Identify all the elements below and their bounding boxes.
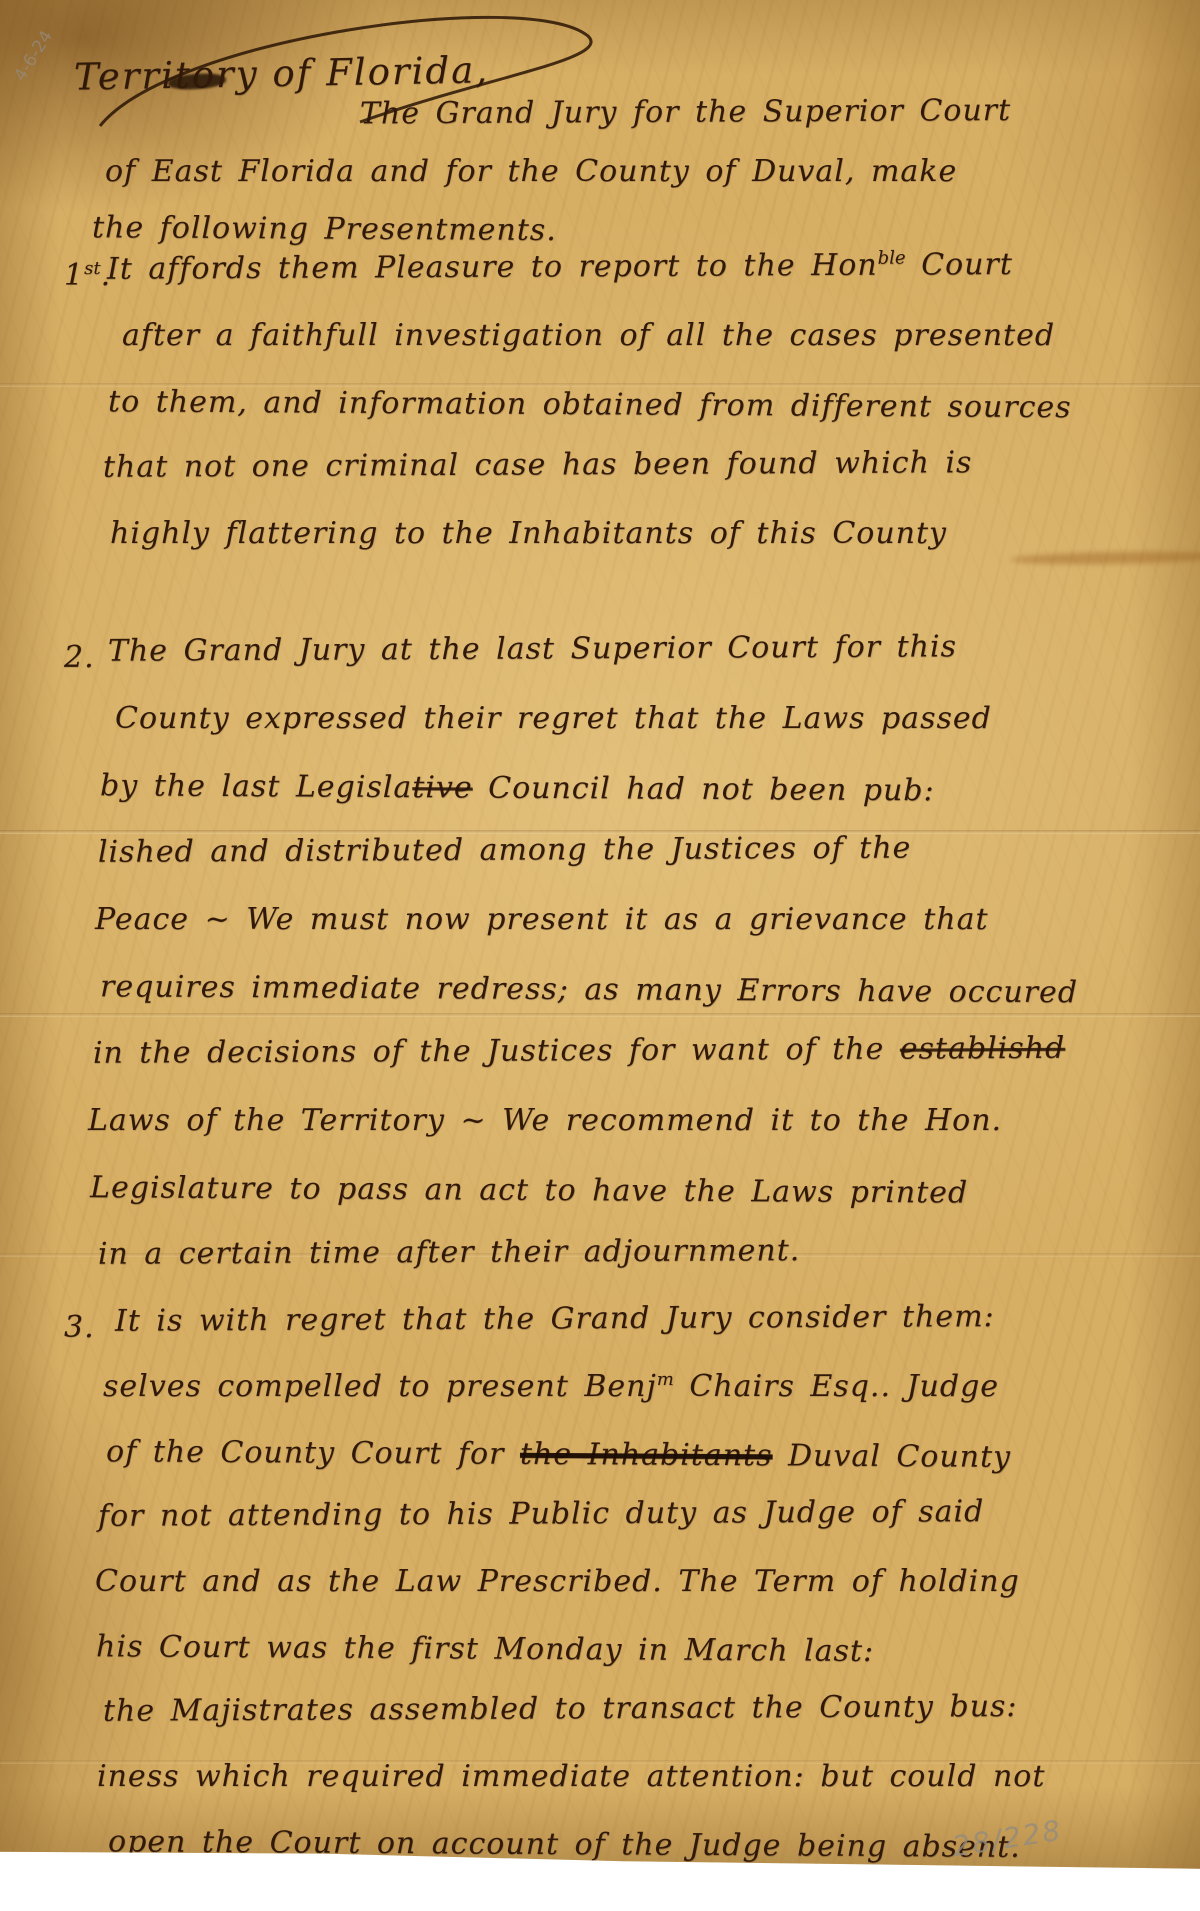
struck-text: establishd xyxy=(900,1031,1066,1067)
manuscript-line: in the decisions of the Justices for wan… xyxy=(62,1030,1190,1103)
presentment-item-1: 1st. It affords them Pleasure to report … xyxy=(62,252,1190,582)
text-segment: highly flattering to the Inhabitants of … xyxy=(110,516,947,551)
manuscript-line: for not attending to his Public duty as … xyxy=(62,1493,1190,1564)
manuscript-line: of East Florida and for the County of Du… xyxy=(60,154,1190,210)
presentment-item-3: 3. It is with regret that the Grand Jury… xyxy=(62,1304,1190,1889)
text-segment: Laws of the Territory ~ We recommend it … xyxy=(88,1103,1002,1138)
text-segment: to them, and information obtained from d… xyxy=(108,384,1072,425)
manuscript-line: Laws of the Territory ~ We recommend it … xyxy=(62,1103,1190,1170)
manuscript-line: lished and distributed among the Justice… xyxy=(62,829,1190,902)
text-segment: The Grand Jury at the last Superior Cour… xyxy=(108,629,957,668)
manuscript-line: The Grand Jury for the Superior Court xyxy=(60,92,1190,154)
text-segment: for not attending to his Public duty as … xyxy=(98,1494,985,1534)
manuscript-line: Court and as the Law Prescribed. The Ter… xyxy=(62,1564,1190,1629)
text-segment: after a faithfull investigation of all t… xyxy=(122,318,1055,353)
text-segment: his Court was the first Monday in March … xyxy=(96,1629,874,1669)
manuscript-line: County expressed their regret that the L… xyxy=(62,701,1190,768)
manuscript-line: iness which required immediate attention… xyxy=(62,1759,1190,1824)
text-segment: lished and distributed among the Justice… xyxy=(98,831,912,870)
scan-background: 4-6-24 Territory of Florida, The Grand J… xyxy=(0,0,1200,1911)
text-segment: m xyxy=(657,1369,674,1390)
text-segment: that not one criminal case has been foun… xyxy=(103,445,973,485)
paragraph-lines: The Grand Jury for the Superior Courtof … xyxy=(60,98,1190,266)
paragraph-lines: It is with regret that the Grand Jury co… xyxy=(62,1304,1190,1889)
manuscript-line: the Majistrates assembled to transact th… xyxy=(62,1688,1190,1759)
text-segment: It is with regret that the Grand Jury co… xyxy=(115,1299,995,1339)
text-segment: ble xyxy=(878,248,906,269)
manuscript-line: after a faithfull investigation of all t… xyxy=(62,318,1190,384)
archival-pencil-mark: 4-6-24 xyxy=(11,27,57,85)
text-segment: by the last Legisla xyxy=(100,768,412,805)
presentment-item-2: 2. The Grand Jury at the last Superior C… xyxy=(62,634,1190,1304)
struck-text: the Inhabitants xyxy=(520,1437,773,1474)
manuscript-line: selves compelled to present Benjm Chairs… xyxy=(62,1369,1190,1434)
text-segment: Legislature to pass an act to have the L… xyxy=(90,1170,968,1210)
text-segment: selves compelled to present Benj xyxy=(103,1369,657,1404)
text-segment: of the County Court for xyxy=(106,1434,520,1472)
struck-text: tive xyxy=(412,770,473,805)
text-segment: of East Florida and for the County of Du… xyxy=(105,154,957,189)
manuscript-line: Peace ~ We must now present it as a grie… xyxy=(62,902,1190,969)
text-segment: Duval County xyxy=(772,1438,1011,1474)
document-heading: Territory of Florida, xyxy=(74,48,490,98)
manuscript-line: It is with regret that the Grand Jury co… xyxy=(62,1298,1190,1369)
text-segment: iness which required immediate attention… xyxy=(97,1759,1045,1794)
text-segment: requires immediate redress; as many Erro… xyxy=(100,969,1078,1010)
text-segment: Court xyxy=(906,247,1013,283)
text-segment: in a certain time after their adjournmen… xyxy=(98,1233,801,1272)
opening-paragraph: The Grand Jury for the Superior Courtof … xyxy=(60,98,1190,266)
paragraph-lines: The Grand Jury at the last Superior Cour… xyxy=(62,634,1190,1304)
manuscript-line: The Grand Jury at the last Superior Cour… xyxy=(62,628,1190,701)
text-segment: in the decisions of the Justices for wan… xyxy=(93,1032,900,1071)
text-segment: Court and as the Law Prescribed. The Ter… xyxy=(95,1564,1020,1599)
manuscript-line: It affords them Pleasure to report to th… xyxy=(62,246,1190,318)
text-segment: the following Presentments. xyxy=(92,210,557,248)
text-segment: Peace ~ We must now present it as a grie… xyxy=(95,902,989,937)
text-segment: The Grand Jury for the Superior Court xyxy=(360,93,1011,131)
text-segment: the Majistrates assembled to transact th… xyxy=(103,1689,1018,1729)
text-segment: Chairs Esq.. Judge xyxy=(674,1369,999,1404)
manuscript-line: in a certain time after their adjournmen… xyxy=(62,1231,1190,1304)
text-segment: It affords them Pleasure to report to th… xyxy=(107,248,878,287)
text-segment: open the Court on account of the Judge b… xyxy=(108,1824,1021,1865)
manuscript-paper: 4-6-24 Territory of Florida, The Grand J… xyxy=(0,0,1200,1880)
paragraph-lines: It affords them Pleasure to report to th… xyxy=(62,252,1190,582)
text-segment: Council had not been pub: xyxy=(473,771,935,809)
manuscript-line: highly flattering to the Inhabitants of … xyxy=(62,516,1190,582)
manuscript-line: that not one criminal case has been foun… xyxy=(62,444,1190,516)
text-segment: County expressed their regret that the L… xyxy=(115,701,992,736)
